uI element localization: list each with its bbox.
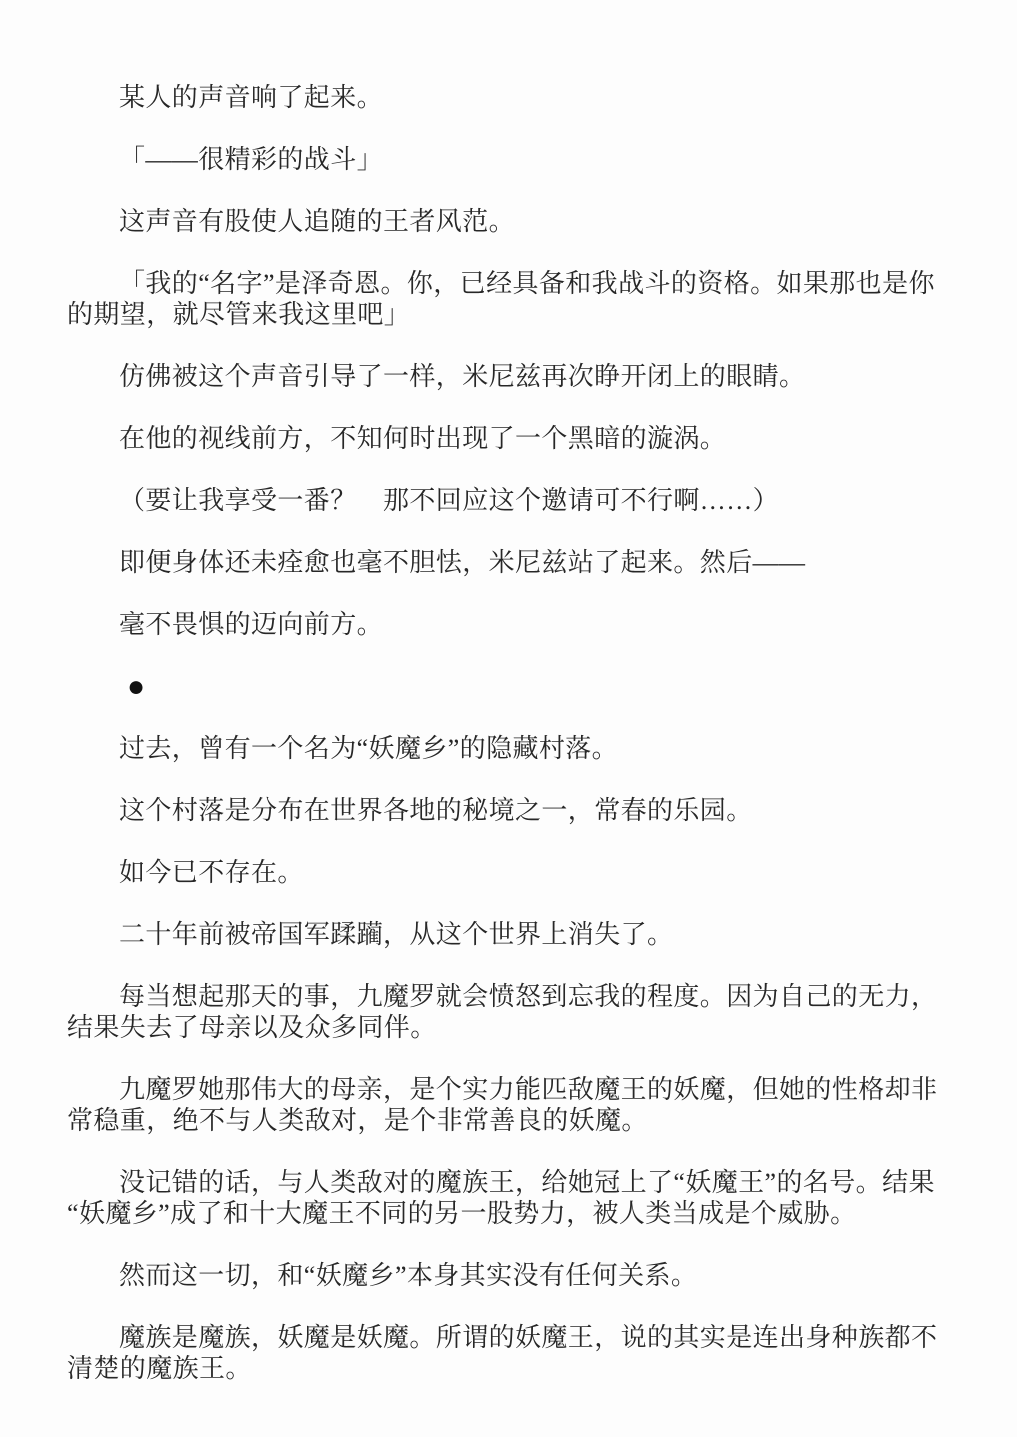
paragraph: 二十年前被帝国军蹂躏，从这个世界上消失了。 [67, 919, 951, 950]
paragraph: 这个村落是分布在世界各地的秘境之一，常春的乐园。 [67, 795, 951, 826]
paragraph: 毫不畏惧的迈向前方。 [67, 609, 951, 640]
paragraph: 「我的“名字”是泽奇恩。你，已经具备和我战斗的资格。如果那也是你的期望，就尽管来… [67, 268, 951, 330]
paragraph: 没记错的话，与人类敌对的魔族王，给她冠上了“妖魔王”的名号。结果“妖魔乡”成了和… [67, 1167, 951, 1229]
paragraph: 仿佛被这个声音引导了一样，米尼兹再次睁开闭上的眼睛。 [67, 361, 951, 392]
paragraph: 然而这一切，和“妖魔乡”本身其实没有任何关系。 [67, 1260, 951, 1291]
paragraph: （要让我享受一番？ 那不回应这个邀请可不行啊……） [67, 485, 951, 516]
paragraph: 魔族是魔族，妖魔是妖魔。所谓的妖魔王，说的其实是连出身种族都不清楚的魔族王。 [67, 1322, 951, 1384]
document-page: 某人的声音响了起来。「——很精彩的战斗」这声音有股使人追随的王者风范。「我的“名… [0, 0, 1017, 1437]
section-break-bullet: ● [67, 671, 951, 702]
paragraph: 某人的声音响了起来。 [67, 82, 951, 113]
paragraph: 即便身体还未痊愈也毫不胆怯，米尼兹站了起来。然后—— [67, 547, 951, 578]
paragraph: 如今已不存在。 [67, 857, 951, 888]
paragraph: 在他的视线前方，不知何时出现了一个黑暗的漩涡。 [67, 423, 951, 454]
paragraph: 过去，曾有一个名为“妖魔乡”的隐藏村落。 [67, 733, 951, 764]
paragraph: 「——很精彩的战斗」 [67, 144, 951, 175]
paragraph: 九魔罗她那伟大的母亲，是个实力能匹敌魔王的妖魔，但她的性格却非常稳重，绝不与人类… [67, 1074, 951, 1136]
paragraph: 这声音有股使人追随的王者风范。 [67, 206, 951, 237]
paragraph: 每当想起那天的事，九魔罗就会愤怒到忘我的程度。因为自己的无力，结果失去了母亲以及… [67, 981, 951, 1043]
page-body: 某人的声音响了起来。「——很精彩的战斗」这声音有股使人追随的王者风范。「我的“名… [67, 82, 951, 1384]
